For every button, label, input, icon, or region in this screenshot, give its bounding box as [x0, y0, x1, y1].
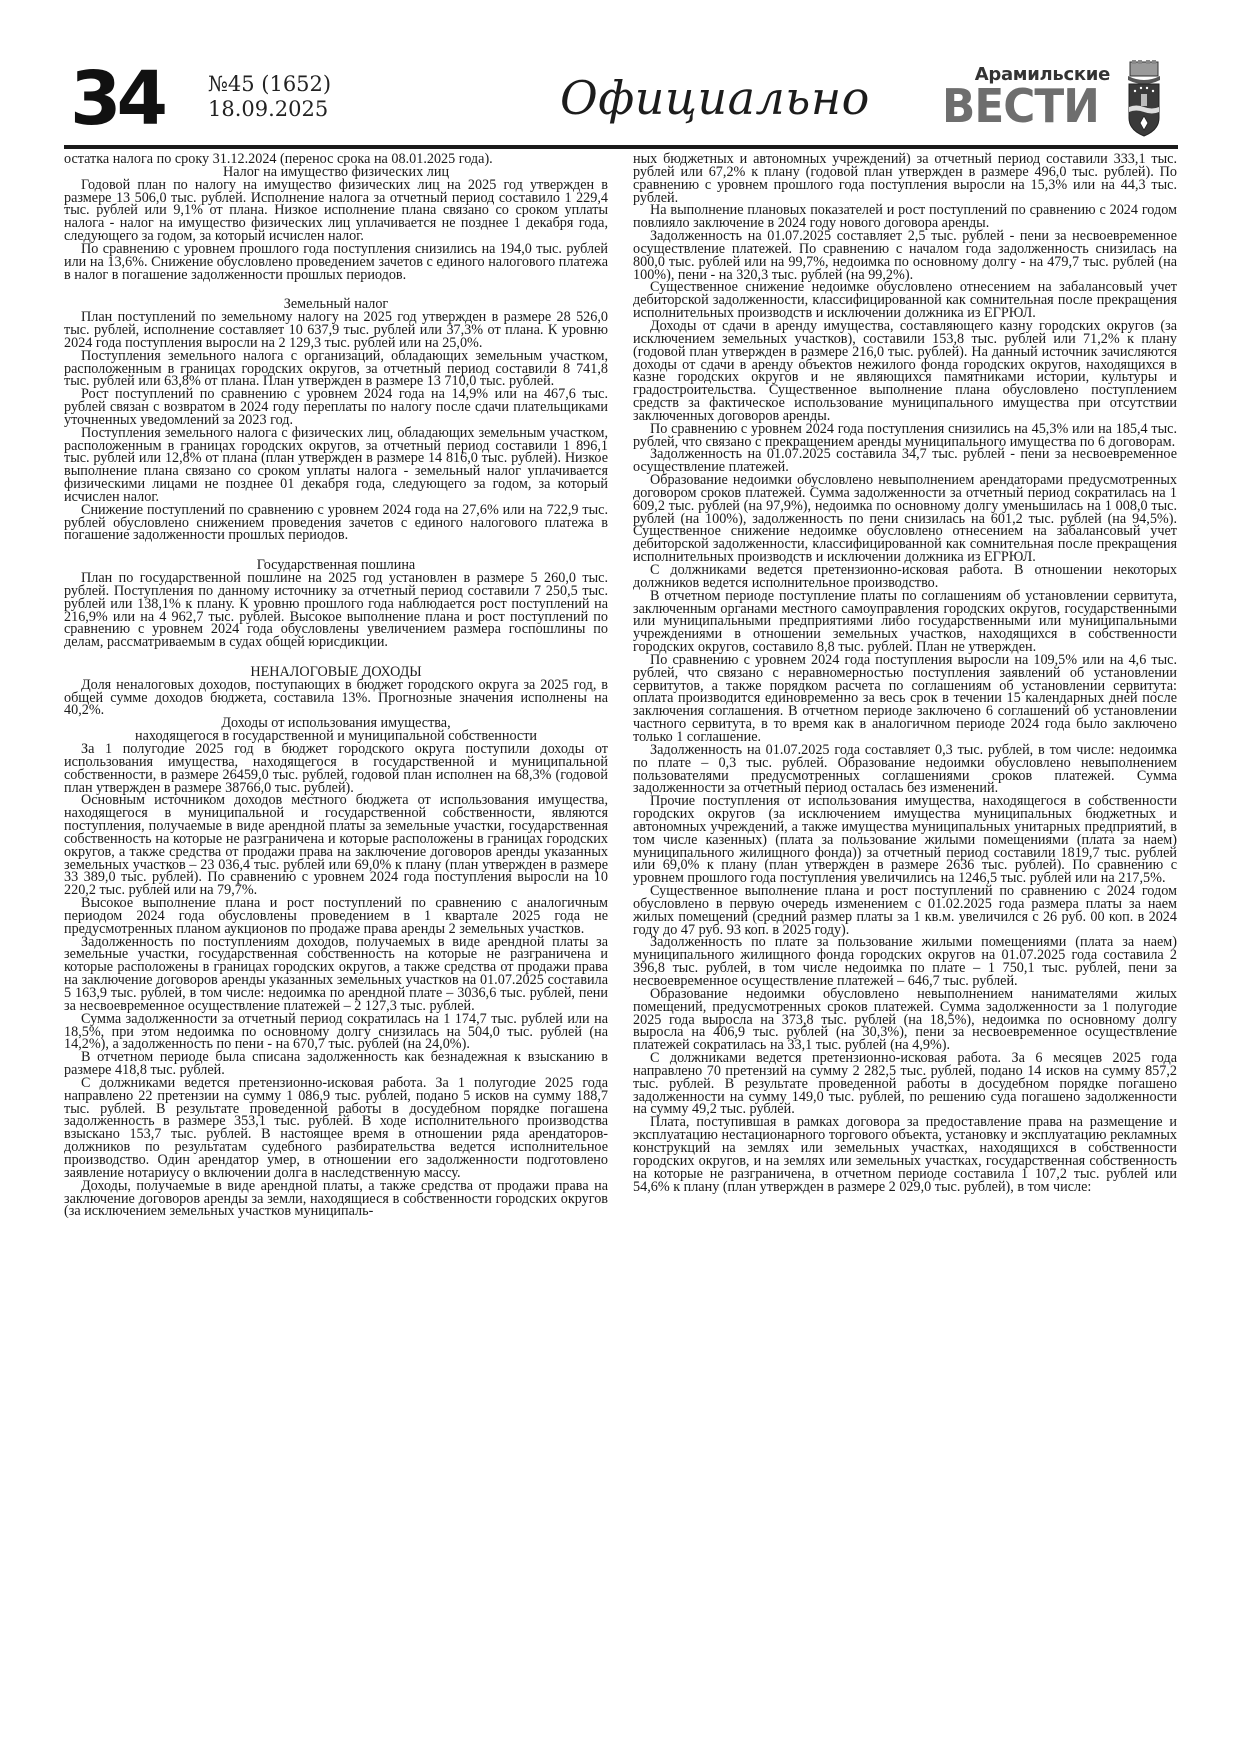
paragraph: ных бюджетных и автономных учреждений) з… — [633, 153, 1177, 204]
issue-info: №45 (1652) 18.09.2025 — [208, 72, 331, 122]
paragraph: Доля неналоговых доходов, поступающих в … — [64, 679, 608, 718]
paragraph: В отчетном периоде поступление платы по … — [633, 590, 1177, 654]
paragraph: По сравнению с уровнем 2024 года поступл… — [633, 423, 1177, 449]
paragraph: Задолженность по поступлениям доходов, п… — [64, 936, 608, 1013]
newspaper-page: 34 №45 (1652) 18.09.2025 Официально Арам… — [0, 0, 1241, 1754]
paragraph: Задолженность по плате за пользование жи… — [633, 936, 1177, 987]
paragraph: Сумма задолженности за отчетный период с… — [64, 1013, 608, 1052]
paragraph: Высокое выполнение плана и рост поступле… — [64, 897, 608, 936]
paragraph: С должниками ведется претензионно-искова… — [633, 1052, 1177, 1116]
paragraph: Образование недоимки обусловлено невыпол… — [633, 474, 1177, 564]
paragraph: На выполнение плановых показателей и рос… — [633, 204, 1177, 230]
section-title: Официально — [560, 68, 870, 128]
paragraph: Задолженность на 01.07.2025 года составл… — [633, 744, 1177, 795]
paragraph: Поступления земельного налога с организа… — [64, 350, 608, 389]
newspaper-logo: Арамильские ВЕСТИ — [942, 64, 1110, 134]
article-column-left: остатка налога по сроку 31.12.2024 (пере… — [64, 153, 608, 1218]
paragraph: Поступления земельного налога с физическ… — [64, 427, 608, 504]
paragraph: Доходы, получаемые в виде арендной платы… — [64, 1180, 608, 1219]
paragraph: По сравнению с уровнем 2024 года поступл… — [633, 654, 1177, 744]
paragraph: План поступлений по земельному налогу на… — [64, 311, 608, 350]
paragraph: Прочие поступления от использования имущ… — [633, 795, 1177, 885]
paragraph: Задолженность на 01.07.2025 составила 34… — [633, 448, 1177, 474]
issue-date: 18.09.2025 — [208, 97, 331, 122]
paragraph: Образование недоимки обусловлено невыпол… — [633, 988, 1177, 1052]
paragraph: Рост поступлений по сравнению с уровнем … — [64, 388, 608, 427]
page-number: 34 — [70, 60, 163, 138]
paragraph: Существенное выполнение плана и рост пос… — [633, 885, 1177, 936]
paragraph: За 1 полугодие 2025 год в бюджет городск… — [64, 743, 608, 794]
paragraph: По сравнению с уровнем прошлого года пос… — [64, 243, 608, 282]
coat-of-arms-icon — [1126, 60, 1162, 138]
article-column-right: ных бюджетных и автономных учреждений) з… — [633, 153, 1177, 1193]
masthead: 34 №45 (1652) 18.09.2025 Официально Арам… — [64, 60, 1178, 146]
issue-number: №45 (1652) — [208, 72, 331, 97]
paragraph: Задолженность на 01.07.2025 составляет 2… — [633, 230, 1177, 281]
header-divider — [64, 145, 1178, 149]
paragraph: С должниками ведется претензионно-искова… — [633, 564, 1177, 590]
paragraph: Существенное снижение недоимке обусловле… — [633, 281, 1177, 320]
paragraph: С должниками ведется претензионно-искова… — [64, 1077, 608, 1180]
paragraph: Снижение поступлений по сравнению с уров… — [64, 504, 608, 543]
paragraph: Годовой план по налогу на имущество физи… — [64, 179, 608, 243]
paragraph: Доходы от сдачи в аренду имущества, сост… — [633, 320, 1177, 423]
logo-title: ВЕСТИ — [942, 80, 1099, 132]
paragraph: В отчетном периоде была списана задолжен… — [64, 1051, 608, 1077]
paragraph: Плата, поступившая в рамках договора за … — [633, 1116, 1177, 1193]
paragraph: Основным источником доходов местного бюд… — [64, 794, 608, 897]
paragraph: План по государственной пошлине на 2025 … — [64, 572, 608, 649]
